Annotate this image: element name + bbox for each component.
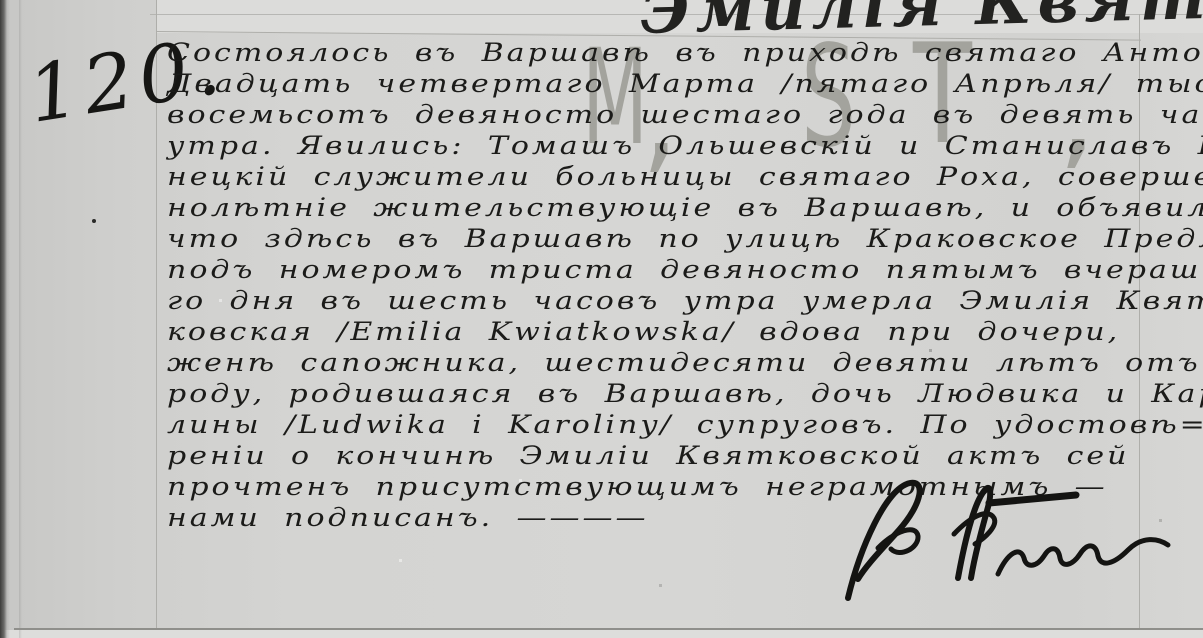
record-line: женѣ сапожника, шестидесяти девяти лѣтъ … — [167, 347, 1203, 378]
record-line: роду, родившаяся въ Варшавѣ, дочь Людвик… — [167, 378, 1203, 409]
record-line: утра. Явились: Томашъ Ольшевскій и Стани… — [167, 130, 1203, 161]
register-page-scan: M , S T , Эмилія Квятковская 120. Состоя… — [0, 0, 1203, 638]
record-line: реніи о кончинѣ Эмиліи Квятковской актъ … — [167, 440, 1203, 471]
record-line: восемьсотъ девяносто шестаго года въ дев… — [167, 99, 1203, 130]
record-line: нецкій служители больницы святаго Роха, … — [167, 161, 1203, 192]
record-cell-bottom-rule — [14, 628, 1203, 630]
priest-signature-flourish — [836, 476, 1176, 606]
record-line: лины /Ludwika i Karoliny/ супруговъ. По … — [167, 409, 1203, 440]
record-line: что здѣсь въ Варшавѣ по улицѣ Краковское… — [167, 223, 1203, 254]
record-line: ковская /Emilia Kwiatkowska/ вдова при д… — [167, 316, 1203, 347]
record-line: подъ номеромъ триста девяносто пятымъ вч… — [167, 254, 1203, 285]
book-binding-edge — [0, 0, 10, 638]
paper-crease — [19, 0, 22, 638]
record-line: нолѣтніе жительствующіе въ Варшавѣ, и об… — [167, 192, 1203, 223]
record-line: Состоялось въ Варшавѣ въ приходѣ святаго… — [167, 37, 1203, 68]
next-entry-strip — [0, 630, 1203, 638]
ink-dot — [92, 219, 96, 223]
record-line: Двадцать четвертаго Марта /пятаго Апрѣля… — [167, 68, 1203, 99]
record-line: го дня въ шесть часовъ утра умерла Эмилі… — [167, 285, 1203, 316]
paper-speckles — [0, 0, 1, 1]
record-text-block: Состоялось въ Варшавѣ въ приходѣ святаго… — [167, 37, 1152, 533]
